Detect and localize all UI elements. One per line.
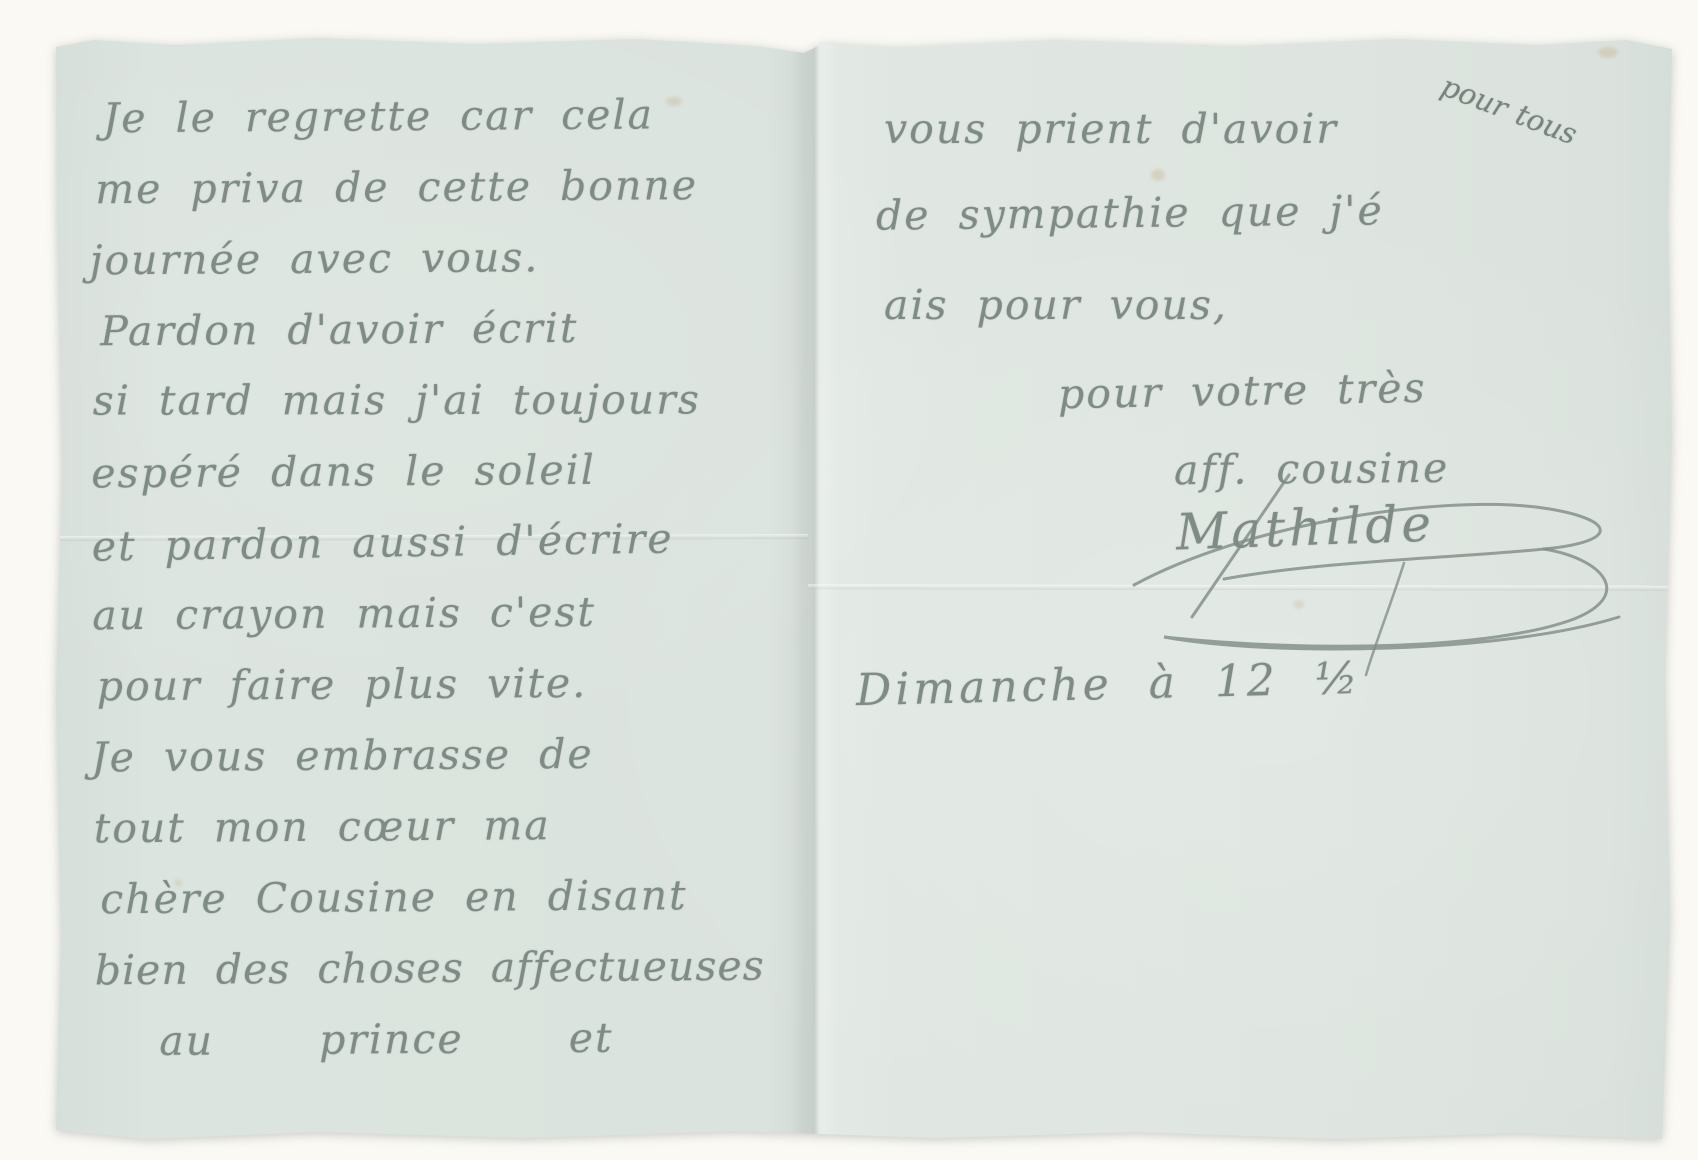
handwriting-line: au crayon mais c'est	[92, 576, 762, 652]
foxing-spot	[1151, 169, 1165, 181]
handwriting-line: Je le regrette car cela	[103, 79, 759, 155]
handwriting-line: et pardon aussi d'écrire	[91, 502, 762, 582]
handwriting-line: pour faire plus vite.	[97, 647, 763, 723]
left-page: Je le regrette car cela me priva de cett…	[89, 79, 766, 1078]
handwriting-line: me priva de cette bonne	[95, 150, 759, 226]
handwriting-line: ais pour vous,	[884, 281, 1228, 329]
handwriting-line: tout mon cœur ma	[93, 789, 763, 865]
scan-background: Je le regrette car cela me priva de cett…	[0, 0, 1698, 1160]
handwriting-line: espéré dans le soleil	[91, 434, 761, 510]
handwriting-line: au prince et	[159, 1002, 765, 1077]
handwriting-line: Pardon d'avoir écrit	[100, 292, 760, 368]
handwriting-line: si tard mais j'ai toujours	[93, 364, 761, 436]
handwriting-line: journée avec vous.	[90, 221, 760, 297]
handwriting-line: de sympathie que j'é	[876, 186, 1384, 239]
handwriting-line: chère Cousine en disant	[100, 860, 764, 936]
letter-paper-shadow: Je le regrette car cela me priva de cett…	[56, 37, 1672, 1139]
letter-paper: Je le regrette car cela me priva de cett…	[56, 37, 1672, 1139]
handwriting-line: pour votre très	[1058, 364, 1427, 418]
signature: Mathilde	[1175, 495, 1436, 562]
handwriting-line: bien des choses affectueuses	[94, 931, 764, 1007]
foxing-spot	[1598, 47, 1618, 58]
overflow-word: pour tous	[1437, 69, 1582, 152]
handwriting-line: vous prient d'avoir	[884, 105, 1338, 153]
handwriting-line: Je vous embrasse de	[91, 718, 763, 794]
dateline: Dimanche à 12 ½	[855, 653, 1362, 716]
